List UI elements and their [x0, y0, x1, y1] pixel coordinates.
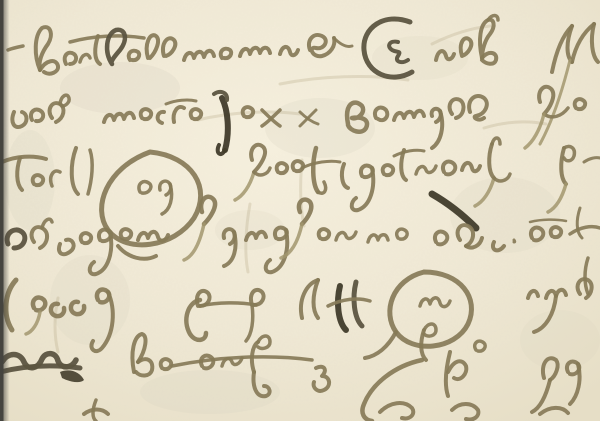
- scan-edge: [0, 0, 10, 421]
- manuscript-image: [0, 0, 600, 421]
- manuscript-scan: Scanned fragment of an early-modern hand…: [0, 0, 600, 421]
